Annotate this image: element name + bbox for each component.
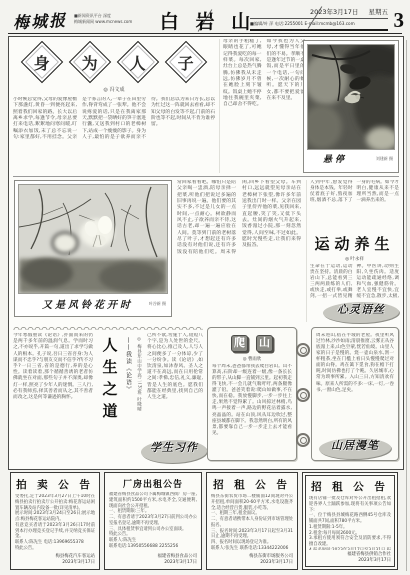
newspaper-page: 梅城报 ■新闻资讯平台 深度 梅城新闻网 www.mcnews.com 白 岩 … [0, 0, 410, 575]
way-of-life-title: 人生之道 [99, 337, 120, 463]
header-rule [8, 33, 402, 34]
page-edge-line [406, 40, 407, 571]
section-divider [13, 176, 399, 177]
notice-title: 拍 卖 公 告 [15, 477, 95, 492]
notice-leasing-1: 招 租 公 告 梅县东街农贸市场二楼铺面12间现对外公开招租,单间面积20-60… [206, 472, 298, 570]
notice-date: 2023年3月17日 [15, 560, 95, 566]
article-filial-text-end: 常回家看看吧。哪怕只是陪父亲喝一盅酒,陪母亲择一把菜,听他们把说过多遍的旧事再说… [177, 180, 301, 316]
notice-title: 厂房出租公告 [109, 477, 197, 490]
notice-factory-rental: 厂房出租公告 福建省梅县食品公司下属梅城镇西街厂房一座,建筑面积约1500平方米… [104, 472, 202, 570]
spiral-ring-icon [296, 433, 310, 447]
title-diamond: 为 [69, 41, 111, 83]
title-diamond: 身 [21, 41, 63, 83]
notice-title: 招 租 公 告 [211, 477, 293, 492]
essay-climbing: 爬 山 ◎ 曹雨欣 每个周末,爸爸都带我去爬白岩山。山不算高,石阶却一级连着一级… [207, 327, 297, 461]
essay-climbing-title: 爬 山 [208, 335, 296, 352]
article-filial-text: 小时候总觉得,父母的爱像屋檐下那盏灯,黄昏一到便亮起来,照着我们回家的路。长大以… [13, 97, 215, 169]
scallop-border [13, 325, 203, 330]
way-of-life-text-1: 今年寒假重读《论语》,扑面而来的仍是两千多年前的温润气息。学而时习之,不亦说乎,… [13, 333, 93, 463]
way-of-life-subtitle: ——我读《论语》 [124, 337, 133, 463]
bottom-section: 今年寒假重读《论语》,扑面而来的仍是两千多年前的温润气息。学而时习之,不亦说乎,… [13, 325, 399, 465]
column-stamp-soul-threads: 心灵语丝 [323, 299, 399, 323]
column-stamp-student-works: 学生习作 [141, 437, 207, 463]
article-exercise-text: 生命在于运动,运动贵在坚持。清晨的白岩山下,总能看到三三两两晨练的人们,或快走,… [310, 264, 399, 304]
notice-title: 招 租 公 告 [309, 479, 391, 494]
notice-date: 2023年3月17日 [309, 558, 391, 564]
editor-line: ■编辑/叶 萍 电话:2255001 E-mail:mcmb@163.com [250, 19, 388, 31]
essay-mountain-living: 周末进山,宿在半坡的老屋。夜里听风过竹林,沙沙如雨;清晨推窗,云雾正从谷底漫上来… [311, 327, 399, 461]
article-exercise-lead: 人到中年,愈发觉得身体是本钱。年轻时仗着底子好,熬夜加班,烟酒不忌,落下了一身的… [310, 180, 399, 230]
way-of-life-title-block: 人生之道 ——我读《论语》 ◎ 梅县东山中学高二(3)班 叶晓晴 [93, 333, 147, 463]
essay-climbing-author: ◎ 曹雨欣 [208, 356, 296, 362]
masthead-logo: 梅城报 [12, 8, 67, 34]
photo-caption: 悬停 [323, 152, 347, 165]
tagline-2: 梅城新闻网 www.mcnews.com [74, 19, 132, 25]
title-diamond: 子 [165, 41, 207, 83]
photo-bell-flowers: 又是风铃花开时 叶谷新 摄 [14, 180, 172, 317]
article-filial-author: ◎ 冯文成 [13, 86, 215, 93]
article-filial-text-cont: 母亲的手粗糙了,眼睛也花了,可她记得我爱吃的每一样菜。每次回家,灶台上总是热气腾… [219, 39, 305, 173]
notice-leasing-2: 招 租 公 告 现有店铺一批及仓库对外公开出租招租,欢迎各界人士踊跃参加,现将有… [302, 472, 398, 570]
article-filial-title: 身 为 人 子 [13, 47, 215, 77]
bird-photo-image [307, 44, 395, 150]
photo-caption: 又是风铃花开时 [42, 296, 133, 311]
notice-body: 福建省梅县食品公司下属梅城镇西街厂房一座,建筑面积约1500平方米,水电齐全,交… [109, 492, 197, 552]
title-diamond: 人 [117, 41, 159, 83]
column-stamp-mountain-notes: 山居漫笔 [319, 435, 391, 459]
notice-body: 现有店铺一批及仓库对外公开出租招租,欢迎各界人士踊跃参加,现将有关事项公告如下:… [309, 496, 391, 550]
notice-auction: 拍 卖 公 告 受委托,定于2023年3月27日上午10时在梅县拍卖行拍卖厅公开… [10, 472, 100, 570]
essay-climbing-text: 每个周末,爸爸都带我去爬白岩山。山不算高,石阶却一级连着一级,像一条长长的带子,… [208, 364, 296, 456]
article-filial: 身 为 人 子 ◎ 冯文成 小时候总觉得,父母的爱像屋檐下那盏灯,黄昏一到便亮起… [13, 41, 215, 173]
title-bubble: 山 [256, 335, 273, 352]
main-content-box: 身 为 人 子 ◎ 冯文成 小时候总觉得,父母的爱像屋檐下那盏灯,黄昏一到便亮起… [8, 36, 404, 470]
notebook-panel: 爬 山 ◎ 曹雨欣 每个周末,爸爸都带我去爬白岩山。山不算高,石阶却一级连着一级… [207, 327, 399, 463]
photo-hovering-bird: 悬停 刘建新 摄 [303, 40, 399, 173]
page-number: 3 [388, 7, 404, 33]
flower-photo-image [18, 184, 168, 294]
photo-credit: 叶谷新 摄 [149, 301, 166, 307]
title-bubble: 爬 [231, 335, 248, 352]
notices-row: 拍 卖 公 告 受委托,定于2023年3月27日上午10时在梅县拍卖行拍卖厅公开… [10, 472, 402, 570]
weekday: 星期五 [369, 8, 389, 16]
notice-body: 受委托,定于2023年3月27日上午10时在梅县拍卖行拍卖厅公开拍卖:梅花客运站… [15, 494, 95, 552]
article-exercise-title: 运动养生 [310, 233, 399, 254]
spiral-ring-icon [296, 343, 310, 357]
spiral-ring-icon [296, 388, 310, 402]
notice-date: 2023年3月17日 [109, 560, 197, 566]
photo-credit: 刘建新 摄 [376, 156, 393, 162]
issue-date: 2023年3月17日 [310, 8, 358, 16]
notice-date: 2023年3月17日 [211, 560, 293, 566]
notice-body: 梅县东街农贸市场二楼铺面12间现对外公开招租,单间面积20-60平方米,水电设施… [211, 494, 293, 552]
header-right-block: 2023年3月17日 星期五 ■编辑/叶 萍 电话:2255001 E-mail… [250, 7, 404, 33]
date-line: 2023年3月17日 星期五 [250, 7, 388, 19]
masthead-taglines: ■新闻资讯平台 深度 梅城新闻网 www.mcnews.com [74, 13, 132, 25]
article-exercise-author: ◎ 叶永祥 [310, 256, 399, 262]
essay-mountain-text: 周末进山,宿在半坡的老屋。夜里听风过竹林,沙沙如雨;清晨推窗,云雾正从谷底漫上来… [312, 333, 398, 433]
